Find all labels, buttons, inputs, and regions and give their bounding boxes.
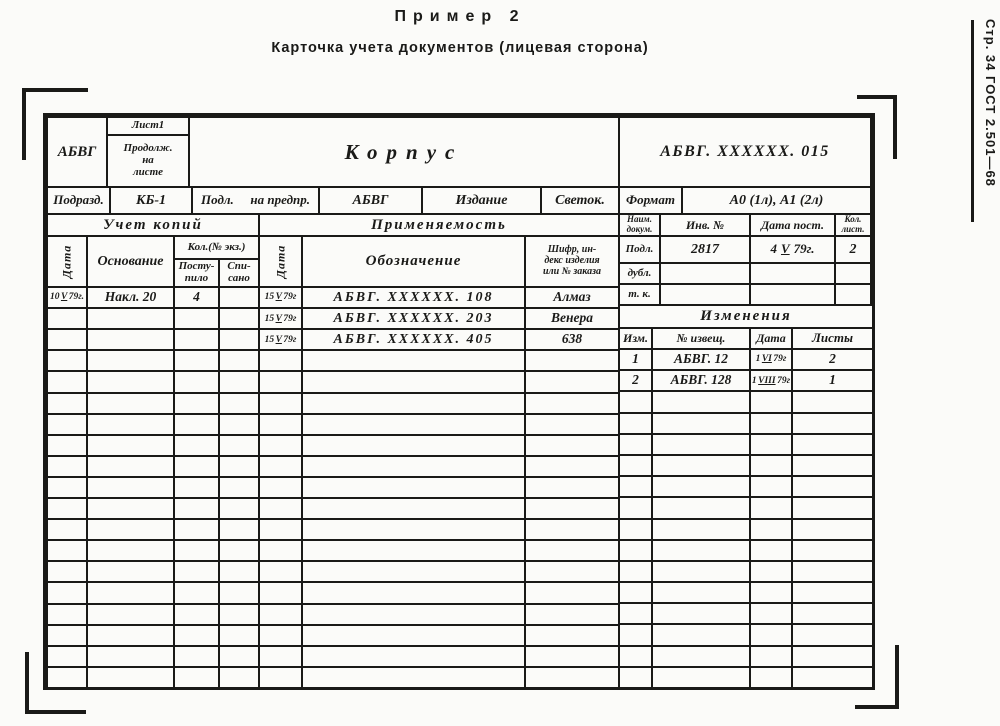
subdivision-label-cell: Подразд.	[46, 186, 111, 215]
grid-cell-udate	[258, 539, 303, 562]
grid-cell-changes-sheets	[791, 475, 874, 498]
grid-cell-changes-sheets	[791, 496, 874, 519]
grid-cell-udate	[258, 645, 303, 668]
grid-cell-changes-cdate	[749, 412, 793, 435]
grid-cell-udate	[258, 518, 303, 541]
grid-cell-cipher: Алмаз	[524, 286, 620, 309]
sheet-count-col-header: Кол. лист.	[834, 213, 872, 237]
grid-cell-cipher	[524, 645, 620, 668]
sheet-label-cell: Лист1	[106, 116, 190, 136]
grid-cell-received: 4	[173, 286, 220, 309]
grid-cell-designation	[301, 476, 526, 499]
grid-cell-cipher	[524, 413, 620, 436]
grid-cell-changes-cdate	[749, 496, 793, 519]
grid-cell-received	[173, 560, 220, 583]
page-subtitle: Карточка учета документов (лицевая сторо…	[0, 40, 920, 56]
format-value-cell: А0 (1л), А1 (2л)	[681, 186, 872, 215]
grid-cell-written	[218, 392, 260, 415]
grid-cell-changes-no	[618, 539, 653, 562]
usage-date-header: Дата	[258, 235, 303, 288]
copy-type-cell: Светок.	[540, 186, 620, 215]
grid-cell-changes-notice	[651, 666, 751, 689]
subdivision-value-cell: КБ-1	[109, 186, 193, 215]
grid-cell-received	[173, 497, 220, 520]
doc-name-cell: Корпус	[188, 116, 620, 188]
grid-cell-date	[46, 392, 88, 415]
original-inventory-value: 2817	[659, 235, 751, 264]
grid-cell-changes-no	[618, 518, 653, 541]
basis-header: Основание	[86, 235, 175, 288]
grid-cell-date	[46, 497, 88, 520]
grid-cell-udate	[258, 603, 303, 626]
grid-cell-changes-notice: АБВГ. 12	[651, 348, 751, 371]
grid-cell-date	[46, 539, 88, 562]
grid-cell-changes-cdate	[749, 454, 793, 477]
grid-cell-udate: 15V79г	[258, 307, 303, 330]
received-header: Посту- пило	[173, 258, 220, 288]
grid-cell-received	[173, 434, 220, 457]
grid-cell-basis	[86, 518, 175, 541]
grid-cell-changes-cdate	[749, 518, 793, 541]
grid-cell-changes-no	[618, 666, 653, 689]
grid-cell-cipher	[524, 603, 620, 626]
scanned-standard-page: Пример 2 Карточка учета документов (лице…	[0, 0, 1000, 726]
copies-date-header: Дата	[46, 235, 88, 288]
grid-cell-cipher	[524, 560, 620, 583]
grid-cell-received	[173, 476, 220, 499]
grid-cell-designation: АБВГ. ХХХХХХ. 405	[301, 328, 526, 351]
grid-cell-date	[46, 624, 88, 647]
grid-cell-changes-no	[618, 454, 653, 477]
grid-cell-date	[46, 581, 88, 604]
grid-cell-date	[46, 476, 88, 499]
grid-cell-udate	[258, 581, 303, 604]
grid-cell-changes-notice	[651, 645, 751, 668]
receipt-date-col-header: Дата пост.	[749, 213, 836, 237]
original-row-label: Подл.	[618, 235, 661, 264]
grid-cell-changes-notice	[651, 602, 751, 625]
original-sheet-count: 2	[834, 235, 872, 264]
grid-cell-designation	[301, 455, 526, 478]
grid-cell-designation	[301, 603, 526, 626]
duplicate-inventory-value	[659, 262, 751, 285]
grid-cell-designation	[301, 666, 526, 689]
section-copies-header: Учет копий	[46, 213, 260, 237]
sheet-continuation-cell: Продолж. на листе	[106, 134, 190, 188]
grid-cell-changes-cdate	[749, 433, 793, 456]
grid-cell-basis	[86, 307, 175, 330]
grid-cell-changes-no	[618, 645, 653, 668]
tech-copy-inventory-value	[659, 283, 751, 306]
grid-cell-udate	[258, 349, 303, 372]
grid-cell-basis	[86, 413, 175, 436]
grid-cell-designation	[301, 434, 526, 457]
grid-cell-written	[218, 497, 260, 520]
grid-cell-written	[218, 624, 260, 647]
org-code-cell: АБВГ	[46, 116, 108, 188]
grid-cell-written	[218, 666, 260, 689]
grid-cell-designation	[301, 370, 526, 393]
grid-cell-changes-no: 1	[618, 348, 653, 371]
grid-cell-changes-notice	[651, 623, 751, 646]
grid-cell-cipher	[524, 349, 620, 372]
grid-cell-changes-cdate	[749, 645, 793, 668]
usage-date-header-label: Дата	[274, 245, 287, 279]
grid-cell-basis	[86, 603, 175, 626]
grid-cell-changes-cdate: 1VIII79г	[749, 369, 793, 392]
grid-cell-changes-cdate	[749, 602, 793, 625]
change-date-header: Дата	[749, 327, 793, 350]
grid-cell-changes-sheets	[791, 433, 874, 456]
grid-cell-cipher: 638	[524, 328, 620, 351]
grid-cell-changes-notice: АБВГ. 128	[651, 369, 751, 392]
grid-cell-basis	[86, 666, 175, 689]
grid-cell-received	[173, 307, 220, 330]
format-label-cell: Формат	[618, 186, 683, 215]
grid-cell-udate	[258, 434, 303, 457]
grid-cell-changes-notice	[651, 433, 751, 456]
grid-cell-cipher: Венера	[524, 307, 620, 330]
grid-cell-changes-no	[618, 475, 653, 498]
grid-cell-changes-sheets	[791, 454, 874, 477]
grid-cell-basis	[86, 476, 175, 499]
grid-cell-cipher	[524, 392, 620, 415]
original-receipt-date: 4 V 79г.	[749, 235, 836, 264]
document-card: АБВГ Лист1 Продолж. на листе Корпус АБВГ…	[43, 113, 875, 690]
grid-cell-date	[46, 560, 88, 583]
section-usage-header: Применяемость	[258, 213, 620, 237]
grid-cell-cipher	[524, 539, 620, 562]
grid-cell-changes-sheets	[791, 666, 874, 689]
change-sheets-header: Листы	[791, 327, 874, 350]
grid-cell-date	[46, 349, 88, 372]
grid-cell-received	[173, 624, 220, 647]
grid-cell-date	[46, 603, 88, 626]
doc-number-cell: АБВГ. ХХХХХХ. 015	[618, 116, 872, 188]
duplicate-sheet-count	[834, 262, 872, 285]
grid-cell-designation	[301, 518, 526, 541]
grid-cell-changes-cdate	[749, 581, 793, 604]
grid-cell-changes-notice	[651, 412, 751, 435]
grid-cell-written	[218, 560, 260, 583]
grid-cell-udate	[258, 624, 303, 647]
grid-cell-basis	[86, 645, 175, 668]
grid-cell-date	[46, 307, 88, 330]
grid-cell-basis	[86, 455, 175, 478]
duplicate-receipt-date	[749, 262, 836, 285]
grid-cell-changes-cdate	[749, 390, 793, 413]
grid-cell-designation	[301, 497, 526, 520]
grid-cell-cipher	[524, 624, 620, 647]
written-off-header: Спи- сано	[218, 258, 260, 288]
grid-cell-written	[218, 328, 260, 351]
grid-cell-written	[218, 476, 260, 499]
grid-cell-changes-no	[618, 390, 653, 413]
grid-cell-cipher	[524, 434, 620, 457]
grid-cell-cipher	[524, 370, 620, 393]
grid-cell-changes-no	[618, 602, 653, 625]
grid-cell-written	[218, 518, 260, 541]
grid-cell-changes-no	[618, 412, 653, 435]
grid-cell-designation	[301, 349, 526, 372]
enterprise-value-cell: АБВГ	[318, 186, 423, 215]
grid-cell-changes-cdate	[749, 475, 793, 498]
grid-cell-basis	[86, 434, 175, 457]
grid-cell-designation	[301, 581, 526, 604]
grid-cell-changes-no	[618, 623, 653, 646]
grid-cell-basis	[86, 539, 175, 562]
cipher-header: Шифр, ин- декс изделия или № заказа	[524, 235, 620, 288]
grid-cell-changes-no: 2	[618, 369, 653, 392]
page-margin-note: Стр. 34 ГОСТ 2.501—68	[976, 19, 998, 225]
grid-cell-date	[46, 413, 88, 436]
grid-cell-date	[46, 434, 88, 457]
inventory-col-header: Инв. №	[659, 213, 751, 237]
grid-cell-written	[218, 645, 260, 668]
grid-cell-udate	[258, 392, 303, 415]
date-year: 79г.	[794, 242, 815, 256]
grid-cell-changes-no	[618, 581, 653, 604]
change-no-header: Изм.	[618, 327, 653, 350]
grid-cell-changes-cdate	[749, 560, 793, 583]
grid-cell-changes-sheets	[791, 581, 874, 604]
original-label: Подл.	[201, 193, 234, 207]
grid-cell-received	[173, 666, 220, 689]
change-notice-header: № извещ.	[651, 327, 751, 350]
grid-cell-changes-sheets	[791, 390, 874, 413]
grid-cell-written	[218, 286, 260, 309]
grid-cell-received	[173, 413, 220, 436]
grid-cell-changes-sheets	[791, 560, 874, 583]
grid-cell-changes-notice	[651, 454, 751, 477]
grid-cell-designation	[301, 624, 526, 647]
margin-rule	[971, 20, 974, 222]
grid-cell-received	[173, 349, 220, 372]
grid-cell-udate	[258, 497, 303, 520]
grid-cell-date: 10V79г.	[46, 286, 88, 309]
grid-cell-changes-sheets	[791, 518, 874, 541]
grid-cell-basis	[86, 560, 175, 583]
grid-cell-changes-notice	[651, 518, 751, 541]
grid-cell-written	[218, 434, 260, 457]
grid-cell-changes-sheets	[791, 539, 874, 562]
grid-cell-changes-sheets	[791, 645, 874, 668]
grid-cell-basis	[86, 370, 175, 393]
grid-cell-received	[173, 603, 220, 626]
grid-cell-designation: АБВГ. ХХХХХХ. 108	[301, 286, 526, 309]
grid-cell-received	[173, 518, 220, 541]
grid-cell-changes-notice	[651, 560, 751, 583]
grid-cell-designation	[301, 539, 526, 562]
grid-cell-basis	[86, 581, 175, 604]
grid-cell-changes-notice	[651, 475, 751, 498]
date-month-roman: V	[781, 242, 790, 256]
grid-cell-udate	[258, 370, 303, 393]
grid-cell-udate: 15V79г	[258, 328, 303, 351]
original-location-cell: Подл. на предпр.	[191, 186, 320, 215]
grid-cell-changes-notice	[651, 390, 751, 413]
enterprise-label: на предпр.	[250, 193, 310, 207]
grid-cell-written	[218, 539, 260, 562]
grid-cell-date	[46, 518, 88, 541]
grid-cell-cipher	[524, 581, 620, 604]
grid-cell-changes-sheets	[791, 602, 874, 625]
grid-cell-received	[173, 645, 220, 668]
duplicate-row-label: дубл.	[618, 262, 661, 285]
grid-cell-designation	[301, 413, 526, 436]
grid-cell-date	[46, 328, 88, 351]
grid-cell-changes-no	[618, 433, 653, 456]
grid-cell-date	[46, 666, 88, 689]
grid-cell-cipher	[524, 666, 620, 689]
grid-cell-changes-cdate	[749, 623, 793, 646]
grid-cell-written	[218, 370, 260, 393]
grid-cell-cipher	[524, 476, 620, 499]
doc-name-col-header: Наим. докум.	[618, 213, 661, 237]
date-day: 4	[770, 242, 777, 256]
grid-cell-written	[218, 413, 260, 436]
grid-cell-changes-sheets	[791, 623, 874, 646]
grid-cell-received	[173, 370, 220, 393]
grid-cell-date	[46, 455, 88, 478]
tech-copy-sheet-count	[834, 283, 872, 306]
grid-cell-changes-cdate	[749, 539, 793, 562]
tech-copy-receipt-date	[749, 283, 836, 306]
grid-cell-written	[218, 307, 260, 330]
grid-cell-changes-sheets: 1	[791, 369, 874, 392]
grid-cell-cipher	[524, 455, 620, 478]
grid-cell-udate	[258, 666, 303, 689]
grid-cell-written	[218, 603, 260, 626]
page-title: Пример 2	[0, 8, 920, 26]
tech-copy-row-label: т. к.	[618, 283, 661, 306]
grid-cell-udate	[258, 413, 303, 436]
grid-cell-changes-sheets: 2	[791, 348, 874, 371]
grid-cell-cipher	[524, 497, 620, 520]
grid-cell-received	[173, 539, 220, 562]
grid-cell-changes-no	[618, 560, 653, 583]
designation-header: Обозначение	[301, 235, 526, 288]
grid-cell-basis: Накл. 20	[86, 286, 175, 309]
section-changes-header: Изменения	[618, 304, 874, 329]
grid-cell-cipher	[524, 518, 620, 541]
grid-cell-designation: АБВГ. ХХХХХХ. 203	[301, 307, 526, 330]
grid-cell-changes-sheets	[791, 412, 874, 435]
grid-cell-written	[218, 349, 260, 372]
grid-cell-changes-cdate	[749, 666, 793, 689]
grid-cell-udate	[258, 476, 303, 499]
grid-cell-basis	[86, 328, 175, 351]
grid-cell-received	[173, 328, 220, 351]
grid-cell-udate: 15V79г	[258, 286, 303, 309]
grid-cell-changes-no	[618, 496, 653, 519]
grid-cell-udate	[258, 560, 303, 583]
grid-cell-changes-cdate: 1VI79г	[749, 348, 793, 371]
grid-cell-changes-notice	[651, 581, 751, 604]
quantity-header: Кол.(№ экз.)	[173, 235, 260, 260]
grid-cell-changes-notice	[651, 539, 751, 562]
grid-cell-basis	[86, 349, 175, 372]
grid-cell-received	[173, 392, 220, 415]
grid-cell-basis	[86, 497, 175, 520]
edition-label-cell: Издание	[421, 186, 542, 215]
grid-cell-written	[218, 455, 260, 478]
grid-cell-changes-notice	[651, 496, 751, 519]
grid-cell-udate	[258, 455, 303, 478]
grid-cell-written	[218, 581, 260, 604]
grid-cell-received	[173, 581, 220, 604]
grid-cell-date	[46, 645, 88, 668]
grid-cell-designation	[301, 392, 526, 415]
grid-cell-basis	[86, 392, 175, 415]
grid-cell-date	[46, 370, 88, 393]
grid-cell-designation	[301, 560, 526, 583]
grid-cell-received	[173, 455, 220, 478]
copies-date-header-label: Дата	[61, 245, 74, 279]
grid-cell-basis	[86, 624, 175, 647]
grid-cell-designation	[301, 645, 526, 668]
